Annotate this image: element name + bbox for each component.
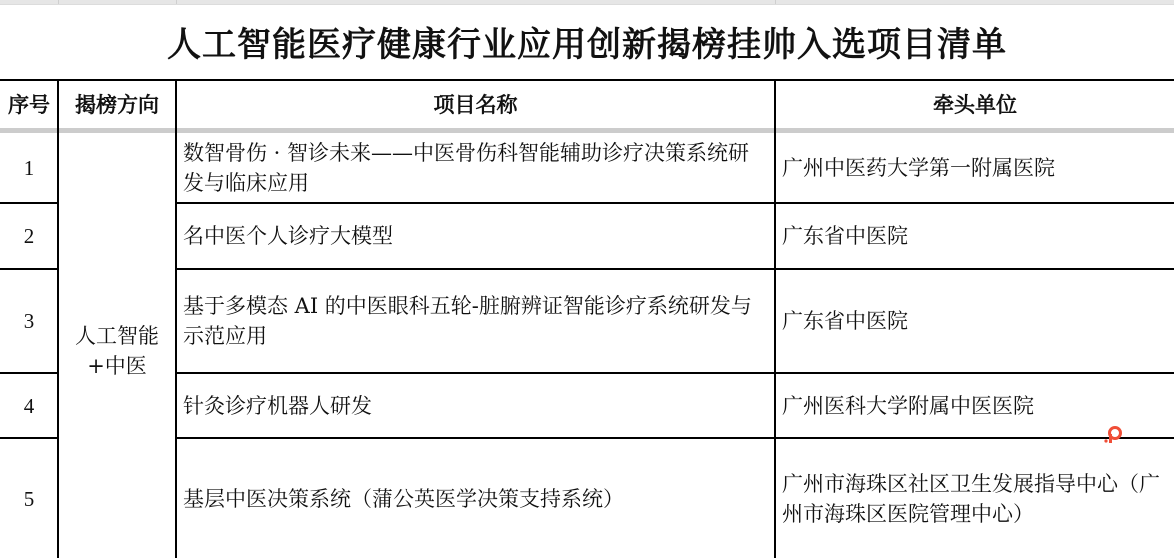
- row-2-lead-unit: 广东省中医院: [776, 204, 1174, 268]
- document-page: 人工智能医疗健康行业应用创新揭榜挂帅入选项目清单 序号 揭榜方向 项目名称 牵头…: [0, 0, 1174, 558]
- row-5-index: 5: [0, 439, 58, 558]
- header-project: 项目名称: [177, 81, 774, 128]
- direction-line-1: 人工智能: [75, 321, 159, 351]
- header-lead-unit: 牵头单位: [776, 81, 1174, 128]
- direction-line-2: +中医: [87, 351, 147, 381]
- row-3-lead-unit: 广东省中医院: [776, 270, 1174, 372]
- row-4-index: 4: [0, 374, 58, 437]
- row-5-project: 基层中医决策系统（蒲公英医学决策支持系统）: [177, 439, 774, 558]
- header-index: 序号: [0, 81, 58, 128]
- row-1-index: 1: [0, 133, 58, 202]
- row-2-index: 2: [0, 204, 58, 268]
- row-3-project: 基于多模态 AI 的中医眼科五轮-脏腑辨证智能诊疗系统研发与示范应用: [177, 270, 774, 372]
- row-1-project: 数智骨伤 · 智诊未来——中医骨伤科智能辅助诊疗决策系统研发与临床应用: [177, 133, 774, 202]
- direction-cell: 人工智能 +中医: [59, 133, 175, 558]
- row-1-lead-unit: 广州中医药大学第一附属医院: [776, 133, 1174, 202]
- row-4-project: 针灸诊疗机器人研发: [177, 374, 774, 437]
- header-direction: 揭榜方向: [59, 81, 175, 128]
- brand-logo-icon: [1100, 425, 1126, 447]
- row-3-index: 3: [0, 270, 58, 372]
- row-5-lead-unit: 广州市海珠区社区卫生发展指导中心（广州市海珠区医院管理中心）: [776, 439, 1174, 558]
- row-2-project: 名中医个人诊疗大模型: [177, 204, 774, 268]
